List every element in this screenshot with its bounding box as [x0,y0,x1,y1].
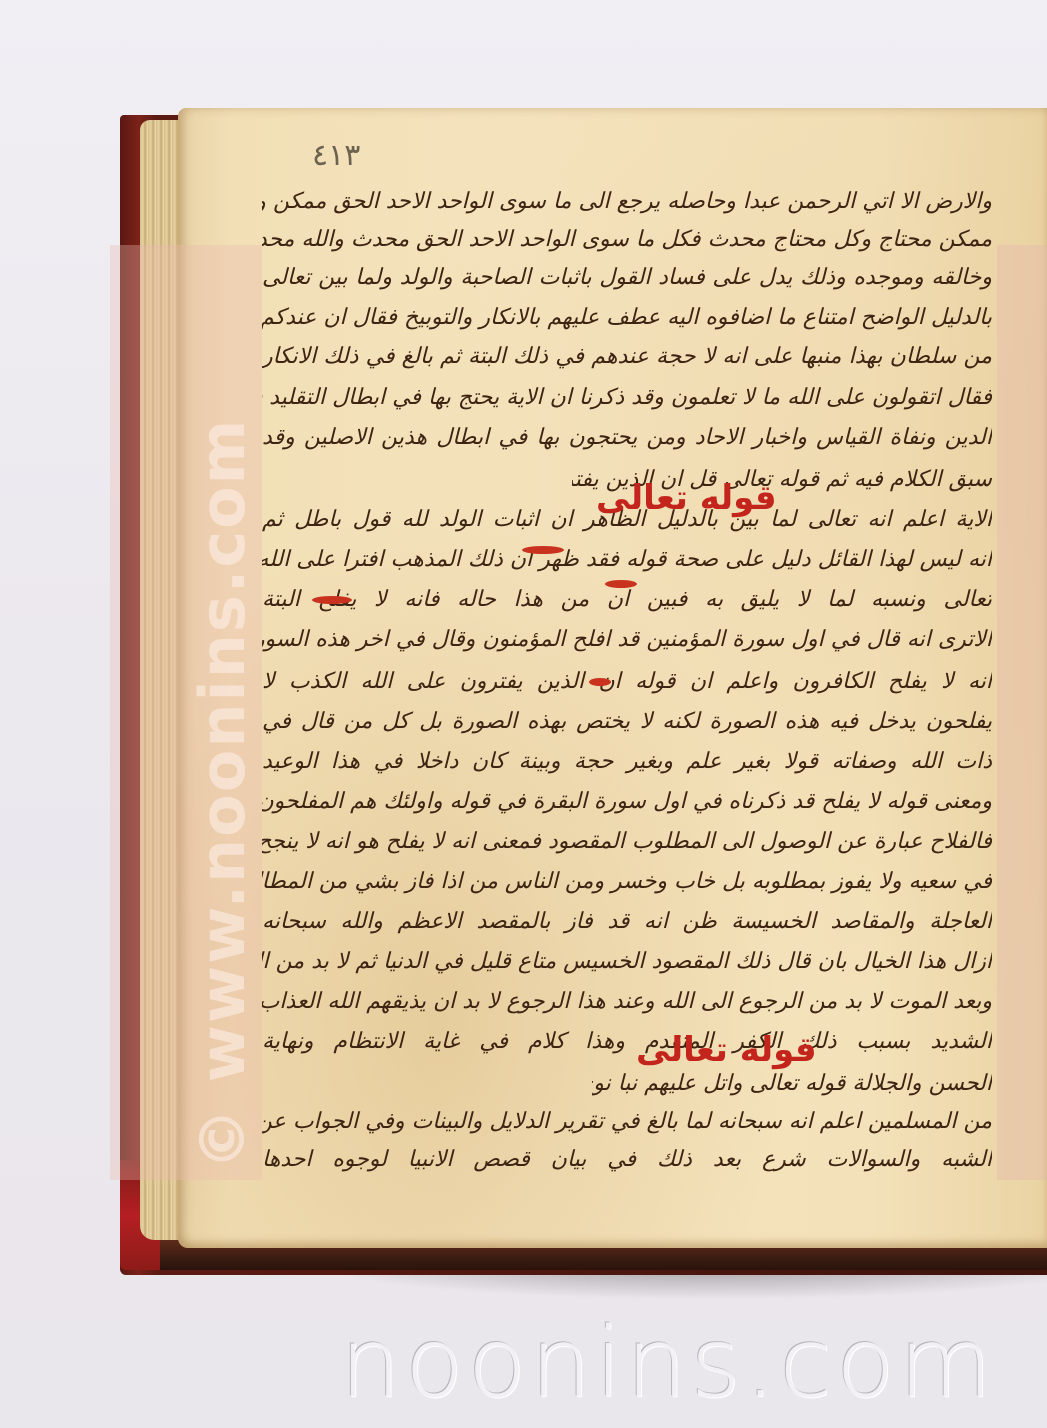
red-overline-mark [522,546,564,554]
red-overline-mark [312,596,352,604]
manuscript-text-block: والارض الا اتي الرحمن عبدا وحاصله يرجع ا… [262,185,992,1165]
text-line: وخالقه وموجده وذلك يدل على فساد القول با… [262,261,992,295]
text-line: ممكن محتاج وكل محتاج محدث فكل ما سوى الو… [262,223,992,257]
text-line: انه لا يفلح الكافرون واعلم ان قوله ان ال… [262,665,992,699]
red-overline-mark [589,678,611,686]
text-line: العاجلة والمقاصد الخسيسة ظن انه قد فاز ب… [262,905,992,939]
text-line: فالفلاح عبارة عن الوصول الى المطلوب المق… [262,825,992,859]
text-line: تعالى ونسبه لما لا يليق به فبين ان من هذ… [262,583,992,617]
red-overline-mark [605,580,637,588]
text-line: ذات الله وصفاته قولا بغير علم وبغير حجة … [262,745,992,779]
rubric-heading: قوله تعالى [636,1030,817,1070]
watermark-vertical-text: © www.noonins.com [186,418,259,1170]
watermark-band-right [997,245,1047,1180]
text-line: بالدليل الواضح امتناع ما اضافوه اليه عطف… [262,301,992,335]
rubric-heading: قوله تعالى [596,478,777,518]
text-line: من المسلمين اعلم انه سبحانه لما بالغ في … [262,1105,992,1139]
text-line: الشديد بسبب ذلك الكفر المتقدم وهذا كلام … [262,1025,992,1059]
text-line: من سلطان بهذا منبها على انه لا حجة عندهم… [262,340,992,374]
folio-number: ٤١٣ [312,138,360,173]
text-line: الدين ونفاة القياس واخبار الاحاد ومن يحت… [262,421,992,455]
watermark-bottom-text: noonins.com [340,1318,960,1408]
text-line: في سعيه ولا يفوز بمطلوبه بل خاب وخسر ومن… [262,865,992,899]
text-line: ومعنى قوله لا يفلح قد ذكرناه في اول سورة… [262,785,992,819]
text-line: ازال هذا الخيال بان قال ذلك المقصود الخس… [262,945,992,979]
text-line: يفلحون يدخل فيه هذه الصورة لكنه لا يختص … [262,705,992,739]
text-line: الشبه والسوالات شرع بعد ذلك في بيان قصص … [262,1143,992,1177]
text-line: الحسن والجلالة قوله تعالى واتل عليهم نبا… [592,1067,992,1101]
text-line: انه ليس لهذا القائل دليل على صحة قوله فق… [262,543,992,577]
text-line: وبعد الموت لا بد من الرجوع الى الله وعند… [262,985,992,1019]
text-line: الاترى انه قال في اول سورة المؤمنين قد ا… [262,623,992,657]
text-line: فقال اتقولون على الله ما لا تعلمون وقد ذ… [262,381,992,415]
text-line: والارض الا اتي الرحمن عبدا وحاصله يرجع ا… [262,185,992,219]
